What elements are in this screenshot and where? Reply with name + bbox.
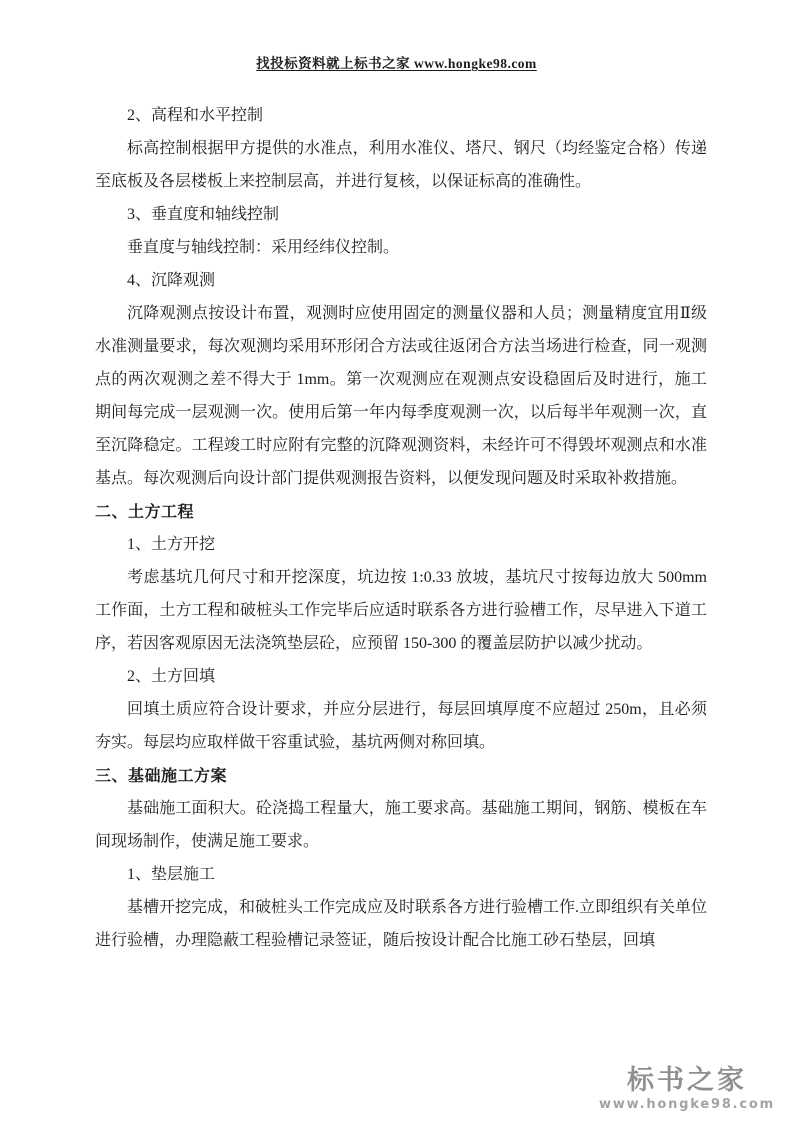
body-paragraph: 垂直度与轴线控制：采用经纬仪控制。 (95, 231, 707, 264)
sub-heading: 1、垫层施工 (95, 858, 707, 891)
body-paragraph: 回填土质应符合设计要求，并应分层进行，每层回填厚度不应超过 250m，且必须夯实… (95, 693, 707, 759)
section-heading: 二、土方工程 (95, 495, 707, 528)
brand-watermark: 标书之家 www.hongke98.com (599, 1066, 775, 1113)
body-paragraph: 标高控制根据甲方提供的水准点，利用水准仪、塔尺、钢尺（均经鉴定合格）传递至底板及… (95, 132, 707, 198)
brand-logo-text: 标书之家 (599, 1066, 775, 1096)
document-page: 找投标资料就上标书之家 www.hongke98.com 2、高程和水平控制标高… (0, 0, 793, 1122)
header-watermark: 找投标资料就上标书之家 www.hongke98.com (0, 52, 793, 72)
body-paragraph: 基础施工面积大。砼浇捣工程量大，施工要求高。基础施工期间，钢筋、模板在车间现场制… (95, 792, 707, 858)
document-body: 2、高程和水平控制标高控制根据甲方提供的水准点，利用水准仪、塔尺、钢尺（均经鉴定… (95, 99, 707, 957)
section-heading: 三、基础施工方案 (95, 759, 707, 792)
sub-heading: 3、垂直度和轴线控制 (95, 198, 707, 231)
body-paragraph: 基槽开挖完成，和破桩头工作完成应及时联系各方进行验槽工作.立即组织有关单位进行验… (95, 891, 707, 957)
sub-heading: 2、高程和水平控制 (95, 99, 707, 132)
body-paragraph: 沉降观测点按设计布置，观测时应使用固定的测量仪器和人员；测量精度宜用Ⅱ级水准测量… (95, 297, 707, 495)
sub-heading: 1、土方开挖 (95, 528, 707, 561)
sub-heading: 4、沉降观测 (95, 264, 707, 297)
body-paragraph: 考虑基坑几何尺寸和开挖深度，坑边按 1:0.33 放坡，基坑尺寸按每边放大 50… (95, 561, 707, 660)
header-watermark-text: 找投标资料就上标书之家 www.hongke98.com (256, 56, 537, 71)
sub-heading: 2、土方回填 (95, 660, 707, 693)
brand-url: www.hongke98.com (599, 1097, 775, 1113)
